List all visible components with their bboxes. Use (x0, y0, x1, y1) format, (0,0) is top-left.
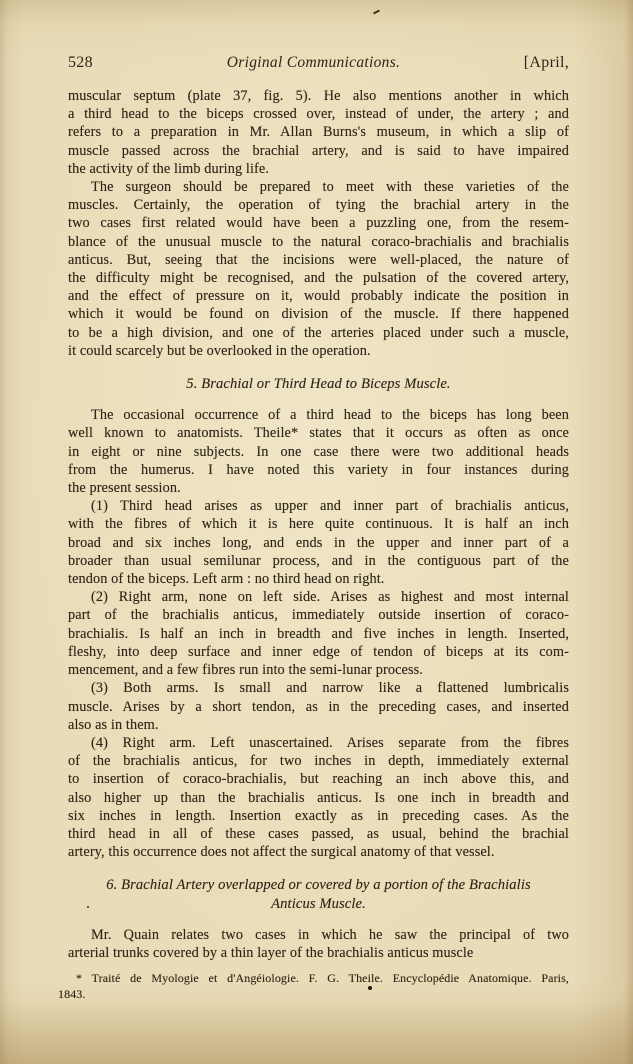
text-line: brachialis. Is half an inch in breadth a… (68, 625, 569, 643)
paragraph: The surgeon should be prepared to meet w… (68, 178, 569, 360)
text-line: Mr. Quain relates two cases in which he … (68, 926, 569, 944)
text-line: (4) Right arm. Left unascertained. Arise… (68, 734, 569, 752)
text-line: The occasional occurrence of a third hea… (68, 406, 569, 424)
text-line: to insertion of coraco-brachialis, but r… (68, 770, 569, 788)
text-line: broader than usual semilunar process, an… (68, 552, 569, 570)
text-line: the present session. (68, 479, 569, 497)
text-line: two cases first related would have been … (68, 214, 569, 232)
scanned-page: 528 Original Communications. [April, mus… (0, 0, 633, 1064)
paragraph: Mr. Quain relates two cases in which he … (68, 926, 569, 962)
text-line: (3) Both arms. Is small and narrow like … (68, 679, 569, 697)
page-number: 528 (68, 54, 128, 72)
section-heading: 5. Brachial or Third Head to Biceps Musc… (68, 375, 569, 393)
text-line: a third head to the biceps crossed over,… (68, 105, 569, 123)
text-line: six inches in length. Insertion exactly … (68, 807, 569, 825)
text-line: well known to anatomists. Theile* states… (68, 424, 569, 442)
text-line: 6. Brachial Artery overlapped or covered… (68, 876, 569, 894)
footnote: * Traité de Myologie et d'Angéiologie. F… (68, 971, 569, 1002)
text-line: anticus. But, seeing that the incisions … (68, 251, 569, 269)
paragraph: muscular septum (plate 37, fig. 5). He a… (68, 87, 569, 178)
text-line: the difficulty might be recognised, and … (68, 269, 569, 287)
text-line: the activity of the limb during life. (68, 160, 569, 178)
paragraph: (2) Right arm, none on left side. Arises… (68, 588, 569, 679)
text-line: also higher up than the brachialis antic… (68, 789, 569, 807)
text-line: Anticus Muscle. (68, 895, 569, 913)
text-line: (1) Third head arises as upper and inner… (68, 497, 569, 515)
text-line: 1843. (58, 987, 569, 1003)
text-line: refers to a preparation in Mr. Allan Bur… (68, 123, 569, 141)
text-line: (2) Right arm, none on left side. Arises… (68, 588, 569, 606)
paragraph: (1) Third head arises as upper and inner… (68, 497, 569, 588)
text-line: broad and six inches long, and ends in t… (68, 534, 569, 552)
text-line: part of the brachialis anticus, immediat… (68, 606, 569, 624)
text-line: 5. Brachial or Third Head to Biceps Musc… (68, 375, 569, 393)
text-line: arterial trunks covered by a thin layer … (68, 944, 569, 962)
issue-label: [April, (499, 54, 569, 72)
stray-ink-dot (87, 906, 89, 908)
text-line: from the humerus. I have noted this vari… (68, 461, 569, 479)
text-line: artery, this occurrence does not affect … (68, 843, 569, 861)
paragraph: The occasional occurrence of a third hea… (68, 406, 569, 497)
text-line: to be a high division, and one of the ar… (68, 324, 569, 342)
paragraph: (4) Right arm. Left unascertained. Arise… (68, 734, 569, 861)
text-line: muscle passed across the brachial artery… (68, 142, 569, 160)
text-line: also as in them. (68, 716, 569, 734)
text-line: which it would be found on division of t… (68, 305, 569, 323)
text-line: and the effect of pressure on it, would … (68, 287, 569, 305)
text-line: of the brachialis anticus, for two inche… (68, 752, 569, 770)
section-heading: 6. Brachial Artery overlapped or covered… (68, 876, 569, 912)
running-head: 528 Original Communications. [April, (68, 54, 569, 72)
text-line: it could scarcely but be overlooked in t… (68, 342, 569, 360)
text-line: muscular septum (plate 37, fig. 5). He a… (68, 87, 569, 105)
text-line: with the fibres of which it is here quit… (68, 515, 569, 533)
text-line: in eight or nine subjects. In one case t… (68, 443, 569, 461)
running-title: Original Communications. (128, 54, 499, 72)
text-line: The surgeon should be prepared to meet w… (68, 178, 569, 196)
ink-dot (368, 986, 372, 990)
text-line: muscles. Certainly, the operation of tyi… (68, 196, 569, 214)
text-line: fleshy, into deep surface and inner edge… (68, 643, 569, 661)
text-line: * Traité de Myologie et d'Angéiologie. F… (68, 971, 569, 987)
text-line: tendon of the biceps. Left arm : no thir… (68, 570, 569, 588)
paragraph: (3) Both arms. Is small and narrow like … (68, 679, 569, 734)
text-line: mencement, and a few fibres run into the… (68, 661, 569, 679)
text-line: blance of the unusual muscle to the natu… (68, 233, 569, 251)
text-line: muscle. Arises by a short tendon, as in … (68, 698, 569, 716)
text-flow: muscular septum (plate 37, fig. 5). He a… (68, 87, 569, 1002)
text-line: third head in all of these cases passed,… (68, 825, 569, 843)
